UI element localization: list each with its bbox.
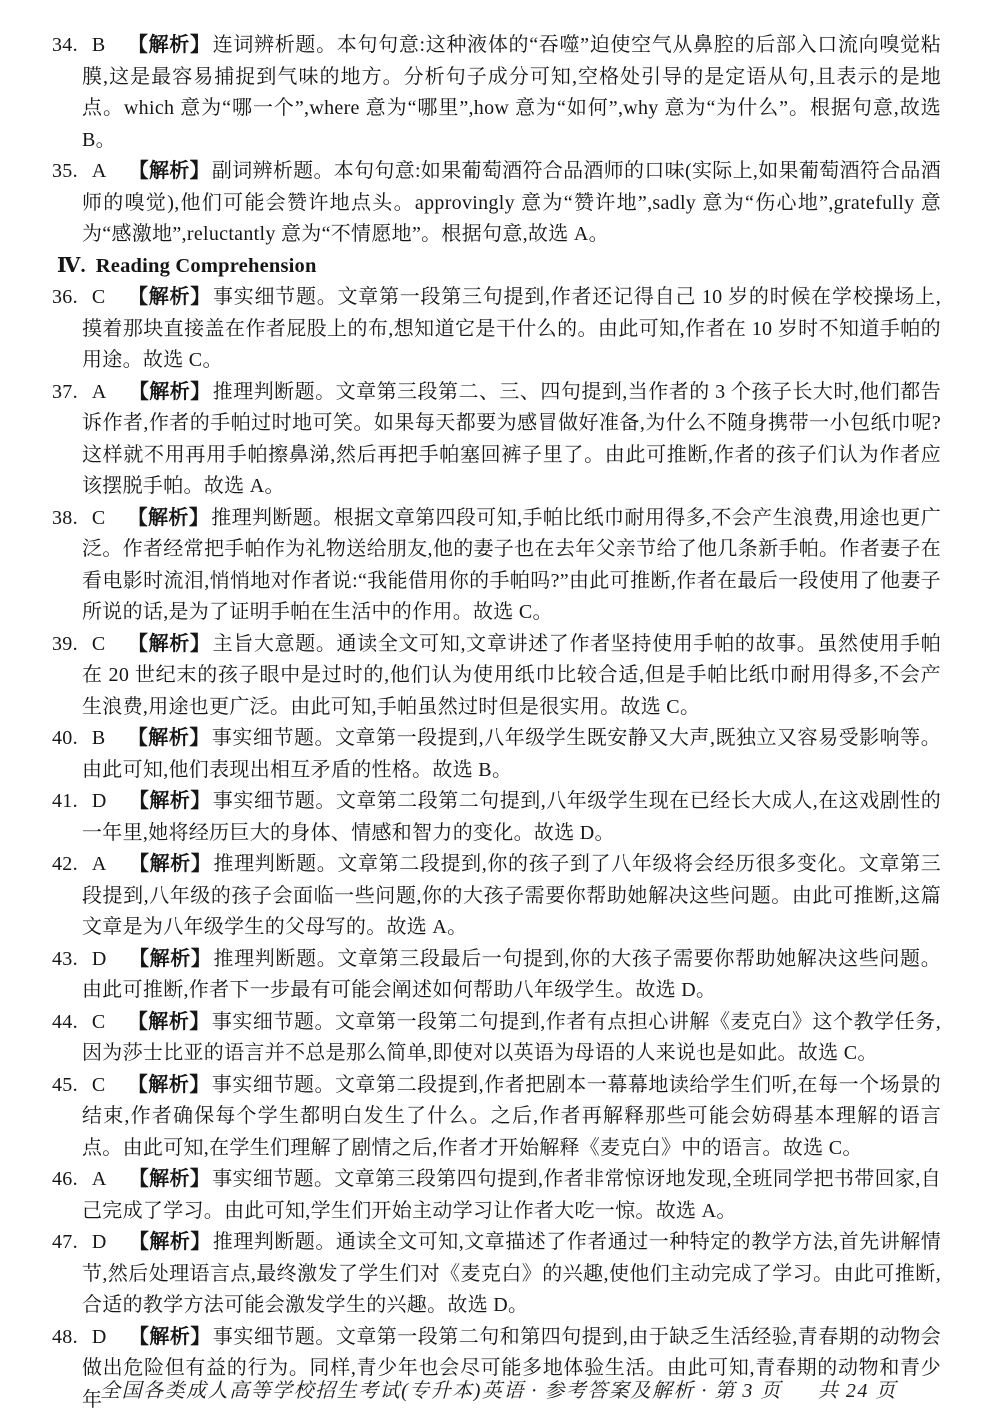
analysis-label: 【解析】 [129,948,212,970]
answer-letter: D [92,1326,107,1348]
analysis-label: 【解析】 [129,853,212,875]
question-number: 46. [52,1168,78,1190]
answer-item-34: 34.B【解析】连词辨析题。本句句意:这种液体的“吞噬”迫使空气从鼻腔的后部入口… [52,30,941,156]
analysis-text: 事实细节题。文章第一段第二句提到,作者有点担心讲解《麦克白》这个教学任务,因为莎… [82,1011,941,1065]
analysis-text: 事实细节题。文章第二段提到,作者把剧本一幕幕地读给学生们听,在每一个场景的结束,… [82,1074,941,1159]
question-number: 36. [52,286,78,308]
question-number: 43. [52,948,78,970]
answer-letter: C [92,1011,106,1033]
answer-letter: B [92,727,106,749]
analysis-label: 【解析】 [128,633,211,655]
analysis-label: 【解析】 [128,286,211,308]
analysis-label: 【解析】 [129,1168,211,1190]
answer-item-41: 41.D【解析】事实细节题。文章第二段第二句提到,八年级学生现在已经长大成人,在… [52,786,941,849]
document-page: 34.B【解析】连词辨析题。本句句意:这种液体的“吞噬”迫使空气从鼻腔的后部入口… [0,0,997,1417]
answer-item-37: 37.A【解析】推理判断题。文章第三段第二、三、四句提到,当作者的 3 个孩子长… [52,377,941,503]
question-number: 42. [52,853,78,875]
answer-item-39: 39.C【解析】主旨大意题。通读全文可知,文章讲述了作者坚持使用手帕的故事。虽然… [52,629,941,724]
answer-letter: C [92,1074,106,1096]
answer-letter: C [92,507,106,529]
question-number: 41. [52,790,78,812]
analysis-label: 【解析】 [128,1074,210,1096]
question-number: 47. [52,1231,78,1253]
answer-letter: C [92,286,106,308]
answer-item-45: 45.C【解析】事实细节题。文章第二段提到,作者把剧本一幕幕地读给学生们听,在每… [52,1070,941,1165]
question-number: 48. [52,1326,78,1348]
analysis-label: 【解析】 [128,34,211,56]
analysis-label: 【解析】 [128,507,210,529]
answer-letter: B [92,34,106,56]
analysis-label: 【解析】 [129,1231,211,1253]
answer-item-43: 43.D【解析】推理判断题。文章第三段最后一句提到,你的大孩子需要你帮助她解决这… [52,944,941,1007]
answer-letter: D [92,948,107,970]
answer-letter: A [92,381,107,403]
question-number: 37. [52,381,78,403]
question-number: 34. [52,34,78,56]
question-number: 35. [52,160,78,182]
answer-letter: C [92,633,106,655]
answer-letter: A [92,160,107,182]
analysis-label: 【解析】 [128,727,210,749]
section-heading-reading-comprehension: Ⅳ.Reading Comprehension [52,251,941,283]
answer-letter: D [92,790,107,812]
footer-exam-title: 全国各类成人高等学校招生考试(专升本)英语 · 参考答案及解析 · 第 3 页 [100,1380,782,1402]
question-number: 45. [52,1074,78,1096]
answer-key-content: 34.B【解析】连词辨析题。本句句意:这种液体的“吞噬”迫使空气从鼻腔的后部入口… [0,0,997,1416]
answer-item-36: 36.C【解析】事实细节题。文章第一段第三句提到,作者还记得自己 10 岁的时候… [52,282,941,377]
footer-total-pages: 共 24 页 [818,1380,897,1402]
section-title: Reading Comprehension [96,255,317,277]
analysis-text: 事实细节题。文章第一段提到,八年级学生既安静又大声,既独立又容易受影响等。由此可… [82,727,941,781]
analysis-text: 事实细节题。文章第三段第四句提到,作者非常惊讶地发现,全班同学把书带回家,自己完… [82,1168,941,1222]
answer-item-44: 44.C【解析】事实细节题。文章第一段第二句提到,作者有点担心讲解《麦克白》这个… [52,1007,941,1070]
analysis-label: 【解析】 [129,381,211,403]
analysis-label: 【解析】 [129,790,211,812]
page-footer: 全国各类成人高等学校招生考试(专升本)英语 · 参考答案及解析 · 第 3 页共… [0,1374,997,1403]
analysis-label: 【解析】 [128,1011,210,1033]
question-number: 39. [52,633,78,655]
analysis-text: 副词辨析题。本句句意:如果葡萄酒符合品酒师的口味(实际上,如果葡萄酒符合品酒师的… [82,160,941,245]
answer-item-35: 35.A【解析】副词辨析题。本句句意:如果葡萄酒符合品酒师的口味(实际上,如果葡… [52,156,941,251]
section-roman-numeral: Ⅳ. [57,255,86,277]
answer-item-38: 38.C【解析】推理判断题。根据文章第四段可知,手帕比纸巾耐用得多,不会产生浪费… [52,503,941,629]
answer-letter: A [92,1168,107,1190]
answer-item-40: 40.B【解析】事实细节题。文章第一段提到,八年级学生既安静又大声,既独立又容易… [52,723,941,786]
question-number: 38. [52,507,78,529]
answer-item-46: 46.A【解析】事实细节题。文章第三段第四句提到,作者非常惊讶地发现,全班同学把… [52,1164,941,1227]
answer-item-42: 42.A【解析】推理判断题。文章第二段提到,你的孩子到了八年级将会经历很多变化。… [52,849,941,944]
question-number: 40. [52,727,78,749]
analysis-label: 【解析】 [129,1326,211,1348]
answer-letter: D [92,1231,107,1253]
analysis-text: 推理判断题。根据文章第四段可知,手帕比纸巾耐用得多,不会产生浪费,用途也更广泛。… [82,507,941,624]
answer-letter: A [92,853,107,875]
question-number: 44. [52,1011,78,1033]
answer-item-47: 47.D【解析】推理判断题。通读全文可知,文章描述了作者通过一种特定的教学方法,… [52,1227,941,1322]
analysis-label: 【解析】 [129,160,210,182]
